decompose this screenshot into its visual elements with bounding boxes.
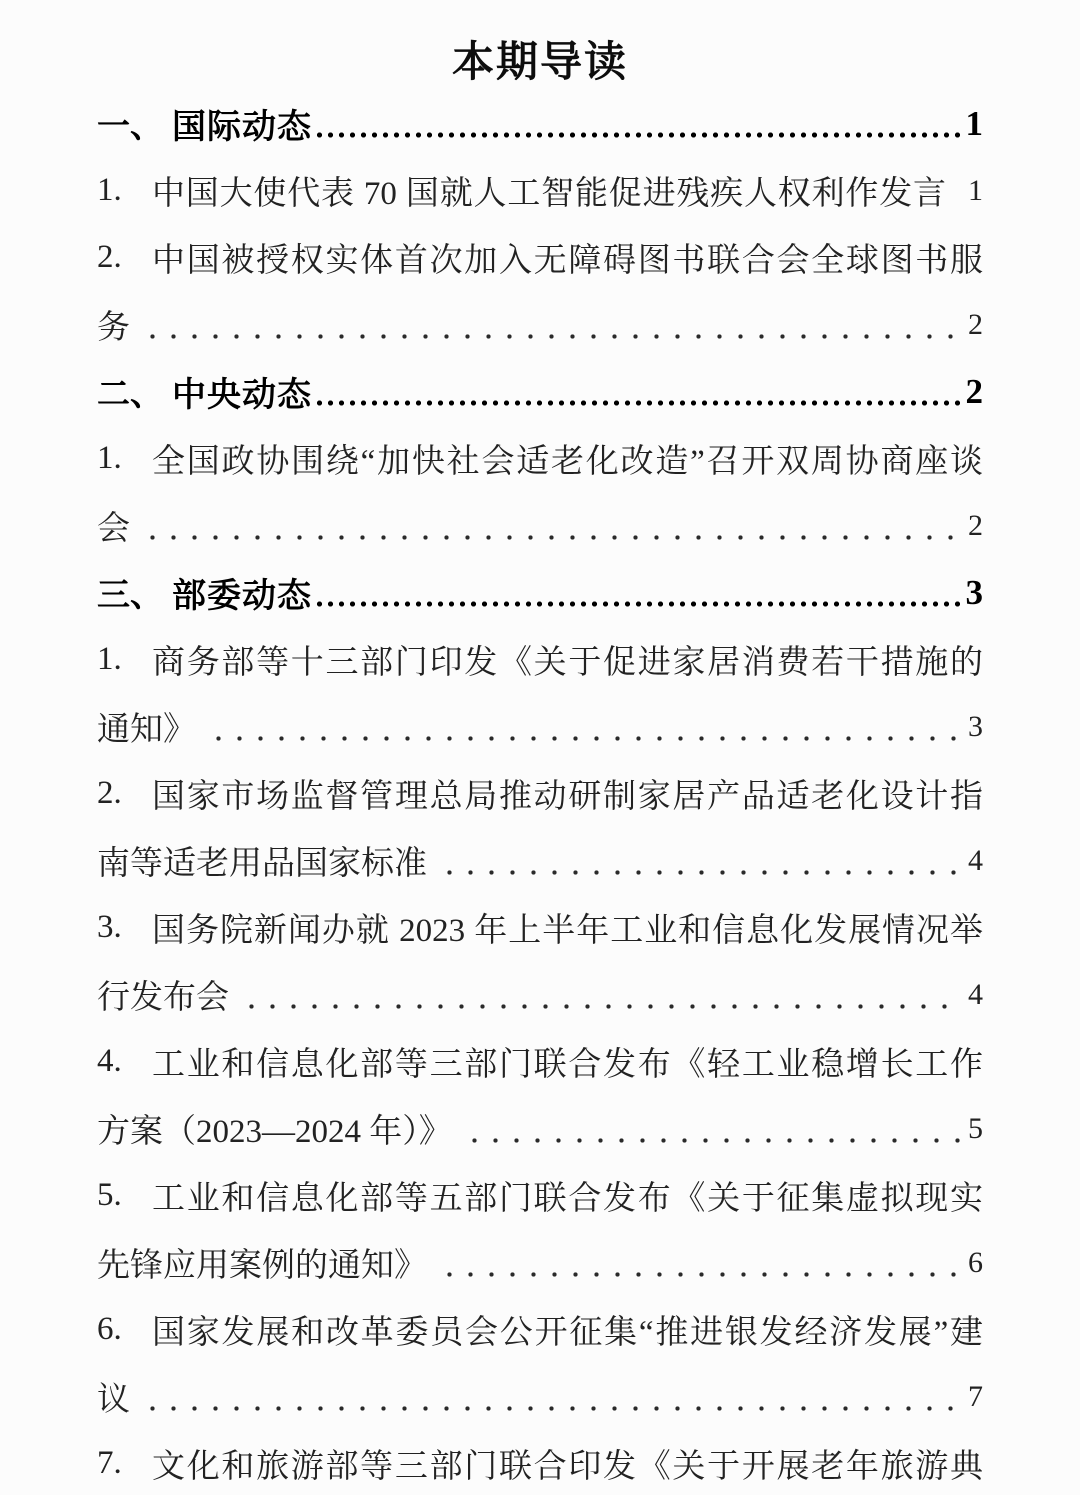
entry-text-continuation: 先锋应用案例的通知》 bbox=[97, 1239, 427, 1286]
toc-entry-continuation-row: 务 2 bbox=[97, 291, 983, 358]
dot-leader bbox=[314, 132, 964, 138]
entry-text-continuation: 行发布会 bbox=[97, 971, 229, 1018]
entry-number: 3. bbox=[97, 909, 152, 946]
entry-text: 国务院新闻办就 2023 年上半年工业和信息化发展情况举 bbox=[152, 904, 983, 951]
toc-entry-continuation-row: 南等适老用品国家标准 4 bbox=[97, 827, 983, 894]
entry-page-number: 4 bbox=[968, 978, 983, 1012]
section-number: 一、 bbox=[97, 100, 172, 147]
section-page-number: 2 bbox=[966, 372, 984, 412]
toc-entry-row: 1. 中国大使代表 70 国就人工智能促进残疾人权利作发言 1 bbox=[97, 157, 983, 224]
toc-section-row: 二、 中央动态 2 bbox=[97, 358, 983, 425]
entry-page-number: 1 bbox=[968, 174, 983, 208]
toc-entry-row: 3. 国务院新闻办就 2023 年上半年工业和信息化发展情况举 bbox=[97, 894, 983, 961]
dot-leader bbox=[142, 535, 960, 540]
entry-text-continuation: 通知》 bbox=[97, 703, 196, 750]
dot-leader bbox=[314, 601, 964, 607]
dot-leader bbox=[142, 1406, 960, 1411]
section-page-number: 3 bbox=[966, 573, 984, 613]
page-title: 本期导读 bbox=[97, 0, 983, 90]
toc-section-row: 一、 国际动态 1 bbox=[97, 90, 983, 157]
toc-entry-row: 6. 国家发展和改革委员会公开征集“推进银发经济发展”建 bbox=[97, 1296, 983, 1363]
entry-text-continuation: 方案（2023—2024 年）》 bbox=[97, 1105, 452, 1152]
toc-entry-row: 4. 工业和信息化部等三部门联合发布《轻工业稳增长工作 bbox=[97, 1028, 983, 1095]
entry-text: 商务部等十三部门印发《关于促进家居消费若干措施的 bbox=[152, 636, 983, 683]
entry-text-continuation: 会 bbox=[97, 502, 130, 549]
toc-entry-row: 5. 工业和信息化部等五部门联合发布《关于征集虚拟现实 bbox=[97, 1162, 983, 1229]
entry-number: 5. bbox=[97, 1177, 152, 1214]
document-page: 本期导读 一、 国际动态 1 1. 中国大使代表 70 国就人工智能促进残疾人权… bbox=[0, 0, 1080, 1495]
toc-entry-continuation-row: 行发布会 4 bbox=[97, 961, 983, 1028]
section-title: 中央动态 bbox=[172, 367, 312, 416]
entry-text-continuation: 南等适老用品国家标准 bbox=[97, 837, 427, 884]
entry-number: 7. bbox=[97, 1445, 152, 1482]
entry-text: 工业和信息化部等三部门联合发布《轻工业稳增长工作 bbox=[152, 1038, 983, 1085]
entry-number: 4. bbox=[97, 1043, 152, 1080]
entry-page-number: 4 bbox=[968, 844, 983, 878]
dot-leader bbox=[142, 334, 960, 339]
toc-entry-continuation-row: 方案（2023—2024 年）》 5 bbox=[97, 1095, 983, 1162]
dot-leader bbox=[314, 400, 964, 406]
toc-entry-row: 2. 国家市场监督管理总局推动研制家居产品适老化设计指 bbox=[97, 760, 983, 827]
entry-number: 6. bbox=[97, 1311, 152, 1348]
dot-leader bbox=[208, 736, 960, 741]
toc-entry-row: 1. 全国政协围绕“加快社会适老化改造”召开双周协商座谈 bbox=[97, 425, 983, 492]
toc-entry-row: 1. 商务部等十三部门印发《关于促进家居消费若干措施的 bbox=[97, 626, 983, 693]
entry-text: 国家市场监督管理总局推动研制家居产品适老化设计指 bbox=[152, 770, 983, 817]
entry-number: 1. bbox=[97, 172, 152, 209]
toc-entry-continuation-row: 会 2 bbox=[97, 492, 983, 559]
section-title: 部委动态 bbox=[172, 568, 312, 617]
dot-leader bbox=[439, 870, 960, 875]
section-page-number: 1 bbox=[966, 104, 984, 144]
entry-number: 2. bbox=[97, 239, 152, 276]
toc-entry-continuation-row: 先锋应用案例的通知》 6 bbox=[97, 1229, 983, 1296]
entry-number: 1. bbox=[97, 641, 152, 678]
section-number: 三、 bbox=[97, 569, 172, 616]
entry-page-number: 5 bbox=[968, 1112, 983, 1146]
entry-page-number: 3 bbox=[968, 710, 983, 744]
entry-page-number: 2 bbox=[968, 308, 983, 342]
toc-entry-continuation-row: 议 7 bbox=[97, 1363, 983, 1430]
entry-text: 全国政协围绕“加快社会适老化改造”召开双周协商座谈 bbox=[152, 435, 983, 482]
entry-text: 文化和旅游部等三部门联合印发《关于开展老年旅游典 bbox=[152, 1440, 983, 1487]
entry-page-number: 6 bbox=[968, 1246, 983, 1280]
dot-leader bbox=[241, 1004, 960, 1009]
toc-entry-continuation-row: 通知》 3 bbox=[97, 693, 983, 760]
toc-entry-row: 2. 中国被授权实体首次加入无障碍图书联合会全球图书服 bbox=[97, 224, 983, 291]
entry-number: 1. bbox=[97, 440, 152, 477]
entry-text-continuation: 议 bbox=[97, 1373, 130, 1420]
dot-leader bbox=[439, 1272, 960, 1277]
entry-text-continuation: 务 bbox=[97, 301, 130, 348]
entry-number: 2. bbox=[97, 775, 152, 812]
section-number: 二、 bbox=[97, 368, 172, 415]
toc-section-row: 三、 部委动态 3 bbox=[97, 559, 983, 626]
entry-text: 工业和信息化部等五部门联合发布《关于征集虚拟现实 bbox=[152, 1172, 983, 1219]
entry-text: 中国大使代表 70 国就人工智能促进残疾人权利作发言 bbox=[152, 167, 968, 214]
toc: 一、 国际动态 1 1. 中国大使代表 70 国就人工智能促进残疾人权利作发言 … bbox=[97, 90, 983, 1495]
dot-leader bbox=[464, 1138, 960, 1143]
entry-text: 中国被授权实体首次加入无障碍图书联合会全球图书服 bbox=[152, 234, 983, 281]
section-title: 国际动态 bbox=[172, 99, 312, 148]
entry-page-number: 2 bbox=[968, 509, 983, 543]
entry-page-number: 7 bbox=[968, 1380, 983, 1414]
toc-entry-row: 7. 文化和旅游部等三部门联合印发《关于开展老年旅游典 bbox=[97, 1430, 983, 1495]
entry-text: 国家发展和改革委员会公开征集“推进银发经济发展”建 bbox=[152, 1306, 983, 1353]
